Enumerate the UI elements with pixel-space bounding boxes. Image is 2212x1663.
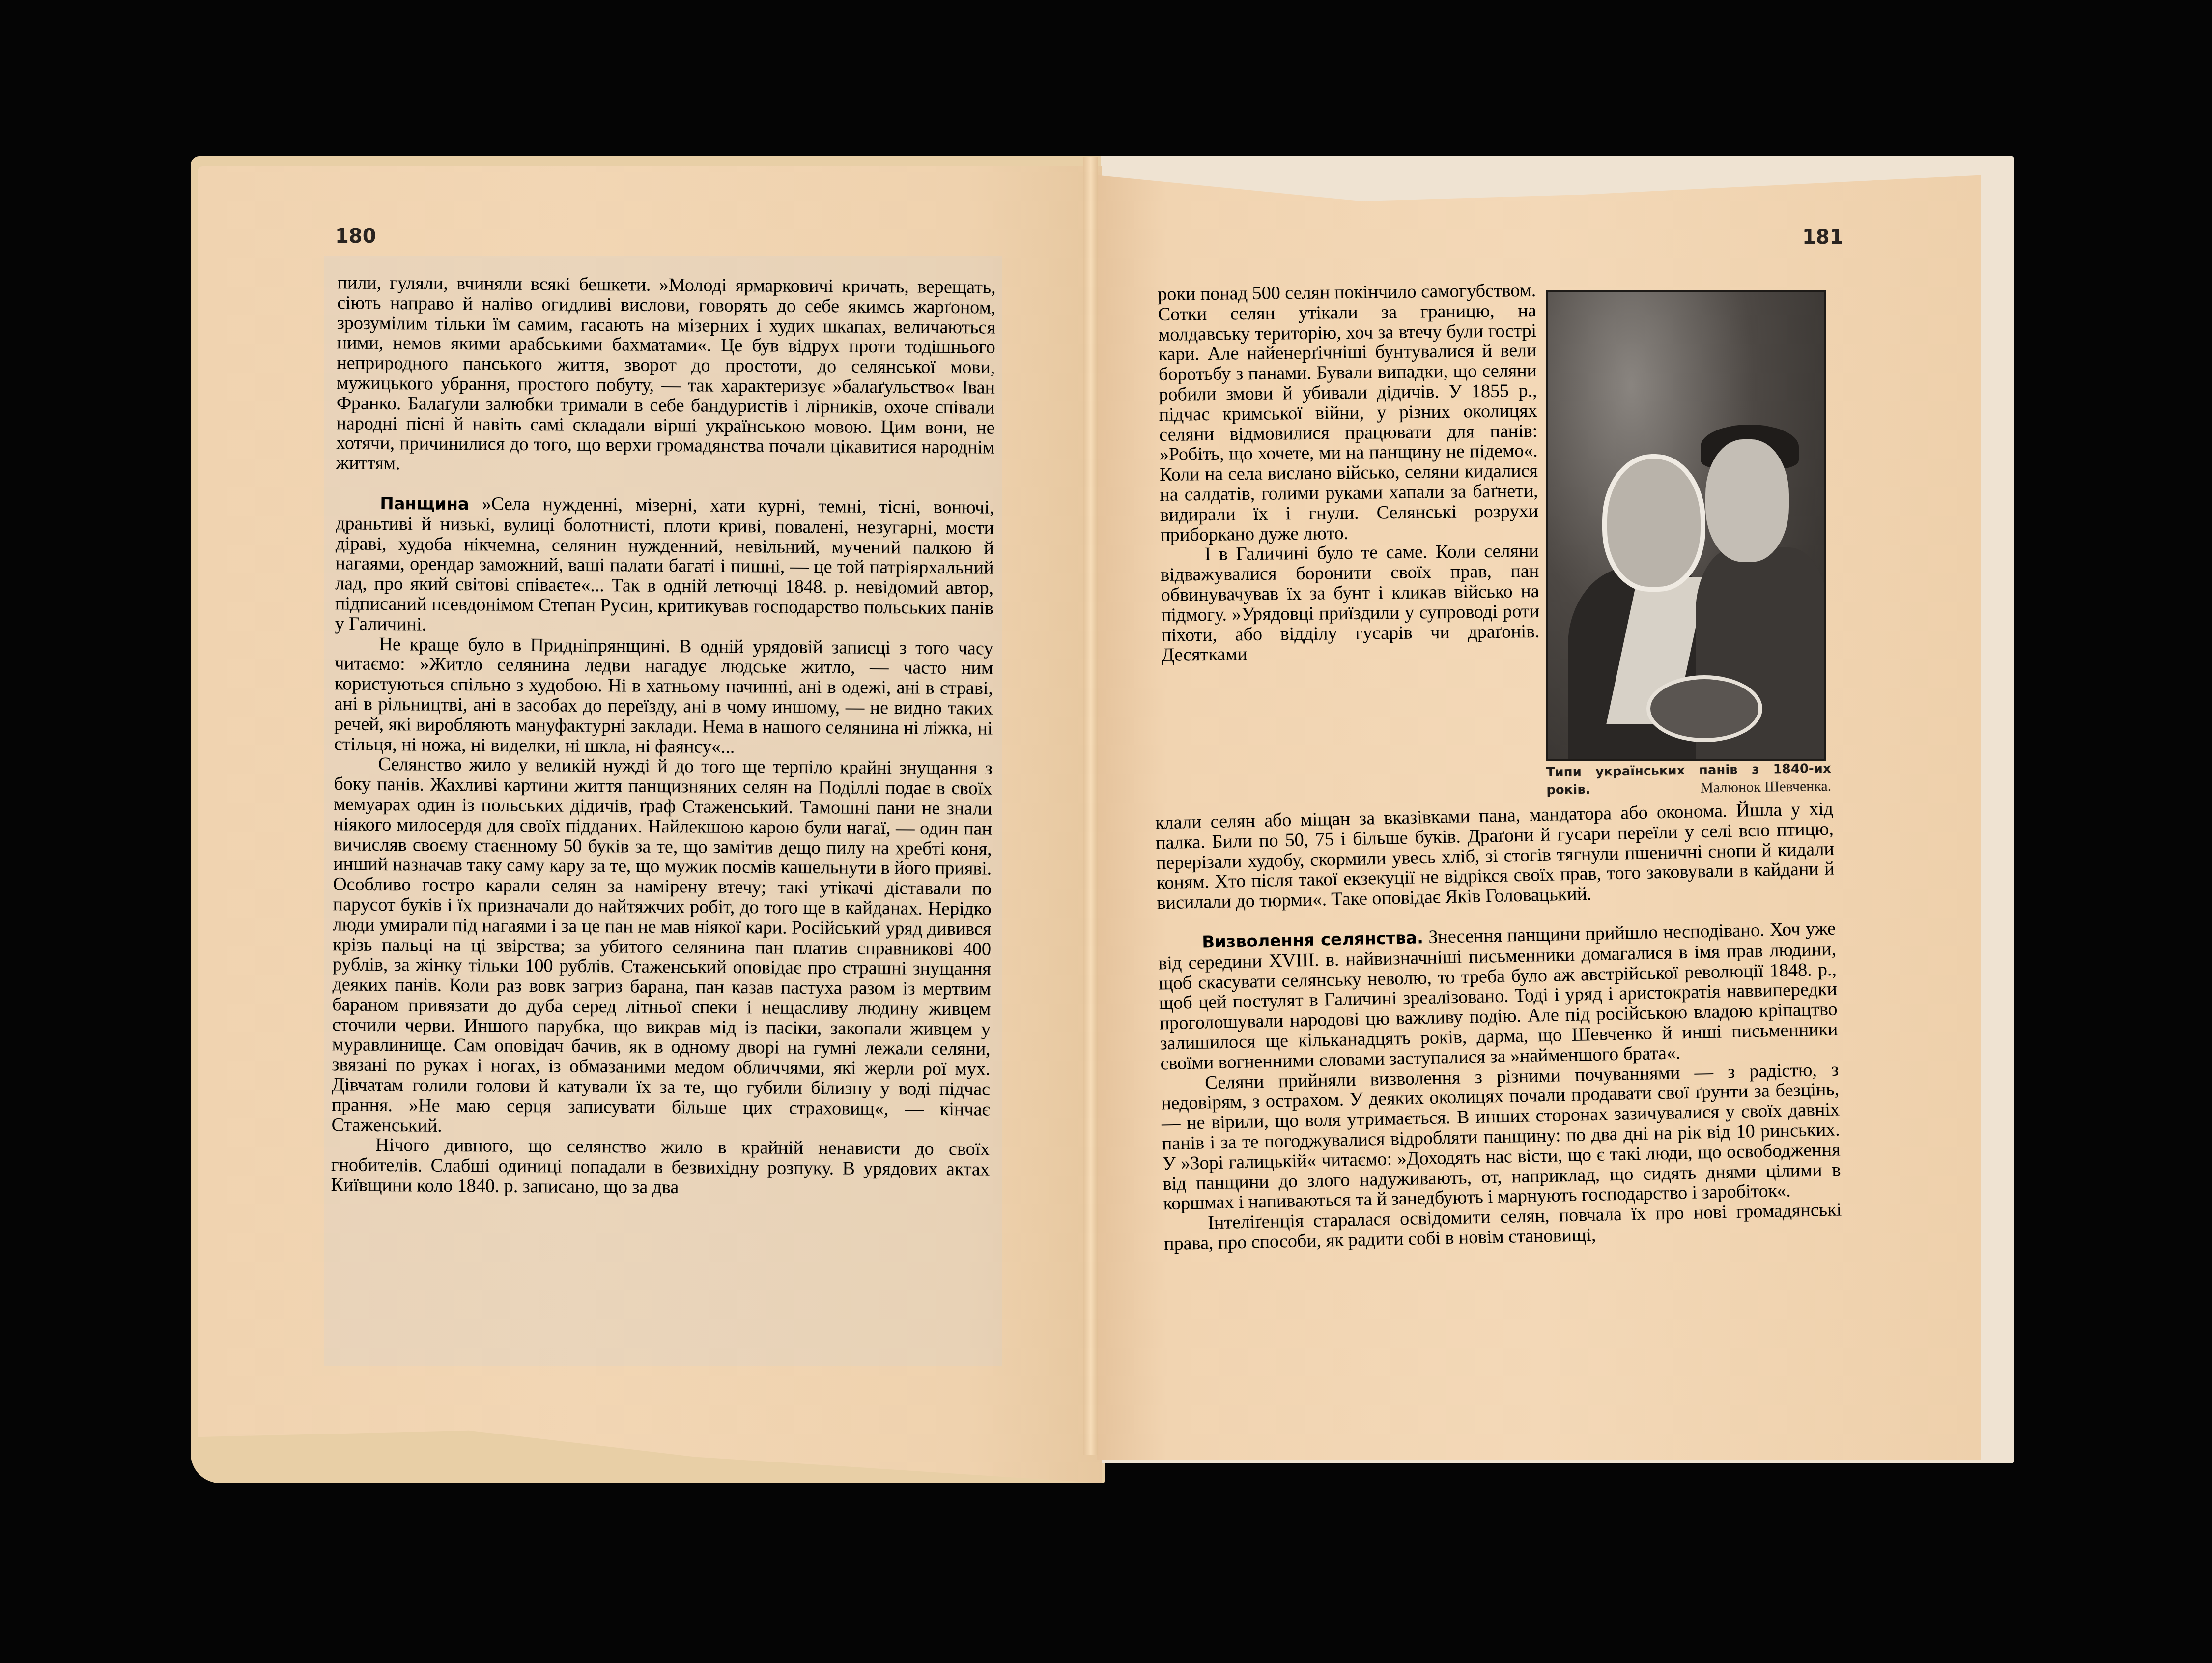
shevchenko-drawing-image — [1546, 290, 1826, 761]
illustration-caption: Типи українських панів з 1840-их років. … — [1546, 760, 1832, 799]
paragraph: пили, гуляли, вчиняли всякі бешкети. »Мо… — [336, 273, 996, 478]
paragraph: І в Галичині було те саме. Коли селяни в… — [1161, 541, 1540, 665]
section-heading-panshchyna: Панщина — [380, 494, 469, 514]
page-number-right: 181 — [1802, 226, 1843, 249]
paragraph: Селянство жило у великій нужді й до того… — [331, 754, 992, 1140]
right-page-narrow-text: роки понад 500 селян покінчило самогубст… — [1158, 281, 1540, 665]
caption-author: Малюнок Шевченка. — [1700, 777, 1831, 797]
page-number-left: 180 — [335, 225, 376, 248]
paragraph: Визволення селянства. Знесення панщини п… — [1158, 919, 1839, 1074]
paragraph: Селяни прийняли визволення з різними поч… — [1161, 1060, 1842, 1214]
book-spine — [1083, 157, 1098, 1455]
paragraph: Нічого дивного, що селянство жило в край… — [331, 1135, 990, 1200]
paragraph: роки понад 500 селян покінчило самогубст… — [1158, 281, 1539, 545]
open-book: 180 181 пили, гуляли, вчиняли всякі бешк… — [0, 0, 2212, 1663]
paragraph: клали селян або міщан за вказівками пана… — [1155, 799, 1835, 914]
right-page-wide-text: клали селян або міщан за вказівками пана… — [1155, 799, 1842, 1254]
paragraph: Не краще було в Придніпрянщині. В одній … — [334, 634, 993, 759]
paragraph: Панщина »Села нужденні, мізерні, хати ку… — [335, 493, 994, 638]
left-page-text: пили, гуляли, вчиняли всякі бешкети. »Мо… — [331, 273, 995, 1200]
